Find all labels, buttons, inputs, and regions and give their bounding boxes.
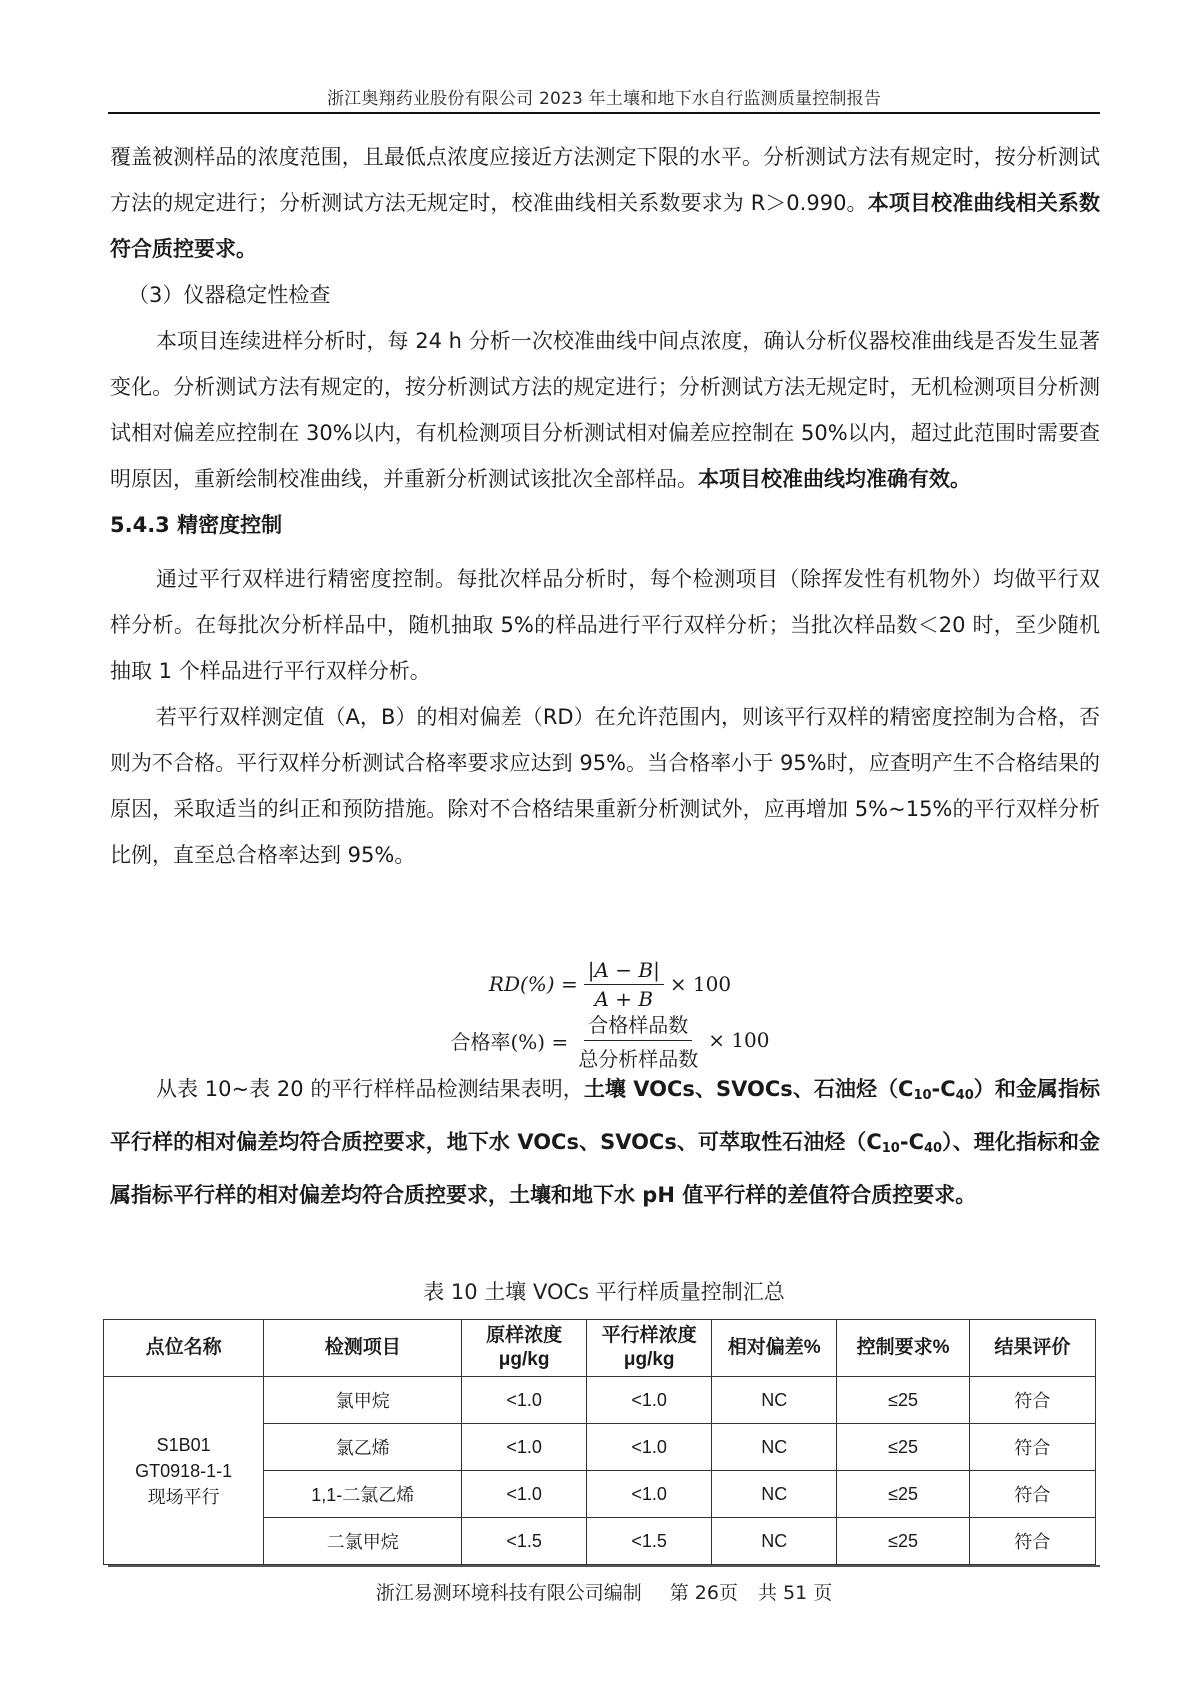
paragraph-calibration-curve: 覆盖被测样品的浓度范围，且最低点浓度应接近方法测定下限的水平。分析测试方法有规定… (110, 134, 1100, 272)
site-id: S1B01 (157, 1435, 211, 1455)
subscript: 40 (956, 1088, 974, 1103)
original-cell: <1.0 (462, 1377, 587, 1424)
parallel-cell: <1.0 (587, 1377, 712, 1424)
subscript: 10 (913, 1088, 931, 1103)
rd-cell: NC (712, 1377, 837, 1424)
formula-multiplier: × 100 (670, 972, 731, 996)
header-item: 检测项目 (264, 1320, 462, 1377)
document-body: 覆盖被测样品的浓度范围，且最低点浓度应接近方法测定下限的水平。分析测试方法有规定… (110, 134, 1100, 878)
requirement-cell: ≤25 (837, 1471, 970, 1518)
footer-divider (108, 1565, 1100, 1567)
page-footer: 浙江易测环境科技有限公司编制第 26页共 51 页 (108, 1578, 1100, 1605)
header-unit: μg/kg (499, 1349, 550, 1370)
formula-pass-rate: 合格率(%) = 合格样品数 总分析样品数 × 100 (420, 1012, 800, 1068)
result-cell: 符合 (969, 1424, 1095, 1471)
header-site: 点位名称 (104, 1320, 264, 1377)
paragraph-instrument-stability: 本项目连续进样分析时，每 24 h 分析一次校准曲线中间点浓度，确认分析仪器校准… (110, 318, 1100, 502)
header-requirement: 控制要求% (837, 1320, 970, 1377)
requirement-cell: ≤25 (837, 1424, 970, 1471)
header-label: 原样浓度 (486, 1325, 562, 1346)
page-total: 共 51 页 (758, 1582, 832, 1604)
requirement-cell: ≤25 (837, 1377, 970, 1424)
original-cell: <1.0 (462, 1471, 587, 1518)
header-result: 结果评价 (969, 1320, 1095, 1377)
fraction: |A − B| A + B (584, 958, 664, 1011)
header-parallel-concentration: 平行样浓度μg/kg (587, 1320, 712, 1377)
formula-rd: RD(%) = |A − B| A + B × 100 (420, 956, 800, 1012)
paragraph-relative-deviation: 若平行双样测定值（A，B）的相对偏差（RD）在允许范围内，则该平行双样的精密度控… (110, 694, 1100, 878)
page-number: 第 26页 (670, 1582, 738, 1604)
document-body-conclusion: 从表 10~表 20 的平行样样品检测结果表明，土壤 VOCs、SVOCs、石油… (110, 1066, 1100, 1218)
formula-block: RD(%) = |A − B| A + B × 100 合格率(%) = 合格样… (420, 956, 800, 1068)
requirement-cell: ≤25 (837, 1518, 970, 1565)
rd-cell: NC (712, 1518, 837, 1565)
table-caption: 表 10 土壤 VOCs 平行样质量控制汇总 (108, 1276, 1100, 1306)
result-cell: 符合 (969, 1471, 1095, 1518)
section-title-precision-control: 5.4.3 精密度控制 (110, 502, 1100, 548)
sample-id: GT0918-1-1 (135, 1461, 232, 1481)
parallel-cell: <1.5 (587, 1518, 712, 1565)
original-cell: <1.0 (462, 1424, 587, 1471)
subscript: 10 (882, 1141, 900, 1156)
fraction: 合格样品数 总分析样品数 (574, 1009, 702, 1072)
paragraph-text: 从表 10~表 20 的平行样样品检测结果表明， (156, 1077, 584, 1101)
page-header: 浙江奥翔药业股份有限公司 2023 年土壤和地下水自行监测质量控制报告 (108, 84, 1100, 109)
table-row: S1B01 GT0918-1-1 现场平行 氯甲烷 <1.0 <1.0 NC ≤… (104, 1377, 1096, 1424)
paragraph-results-summary: 从表 10~表 20 的平行样样品检测结果表明，土壤 VOCs、SVOCs、石油… (110, 1066, 1100, 1218)
conclusion-part: -C (932, 1077, 956, 1101)
table-header-row: 点位名称 检测项目 原样浓度μg/kg 平行样浓度μg/kg 相对偏差% 控制要… (104, 1320, 1096, 1377)
item-cell: 二氯甲烷 (264, 1518, 462, 1565)
result-cell: 符合 (969, 1518, 1095, 1565)
header-original-concentration: 原样浓度μg/kg (462, 1320, 587, 1377)
parallel-cell: <1.0 (587, 1471, 712, 1518)
header-label: 平行样浓度 (602, 1325, 697, 1346)
paragraph-duplicate-samples: 通过平行双样进行精密度控制。每批次样品分析时，每个检测项目（除挥发性有机物外）均… (110, 556, 1100, 694)
fraction-numerator: 合格样品数 (584, 1009, 692, 1041)
formula-lhs: 合格率(%) = (450, 1026, 568, 1055)
header-divider (108, 112, 1100, 114)
parallel-cell: <1.0 (587, 1424, 712, 1471)
footer-company: 浙江易测环境科技有限公司编制 (376, 1582, 642, 1604)
fraction-denominator: A + B (590, 985, 657, 1011)
item-cell: 氯甲烷 (264, 1377, 462, 1424)
rd-cell: NC (712, 1471, 837, 1518)
header-unit: μg/kg (624, 1349, 675, 1370)
header-relative-deviation: 相对偏差% (712, 1320, 837, 1377)
rd-cell: NC (712, 1424, 837, 1471)
item-cell: 氯乙烯 (264, 1424, 462, 1471)
qc-table: 点位名称 检测项目 原样浓度μg/kg 平行样浓度μg/kg 相对偏差% 控制要… (103, 1319, 1096, 1565)
subscript: 40 (924, 1141, 942, 1156)
original-cell: <1.5 (462, 1518, 587, 1565)
paragraph-conclusion: 本项目校准曲线均准确有效。 (698, 467, 971, 491)
site-cell: S1B01 GT0918-1-1 现场平行 (104, 1377, 264, 1565)
formula-lhs: RD(%) = (489, 972, 578, 996)
item-cell: 1,1-二氯乙烯 (264, 1471, 462, 1518)
sample-type: 现场平行 (148, 1487, 220, 1507)
fraction-numerator: |A − B| (584, 958, 664, 985)
conclusion-part: 土壤 VOCs、SVOCs、石油烃（C (584, 1077, 914, 1101)
result-cell: 符合 (969, 1377, 1095, 1424)
subheading-instrument-stability: （3）仪器稳定性检查 (110, 272, 1100, 318)
formula-multiplier: × 100 (708, 1028, 769, 1052)
conclusion-part: -C (900, 1130, 924, 1154)
